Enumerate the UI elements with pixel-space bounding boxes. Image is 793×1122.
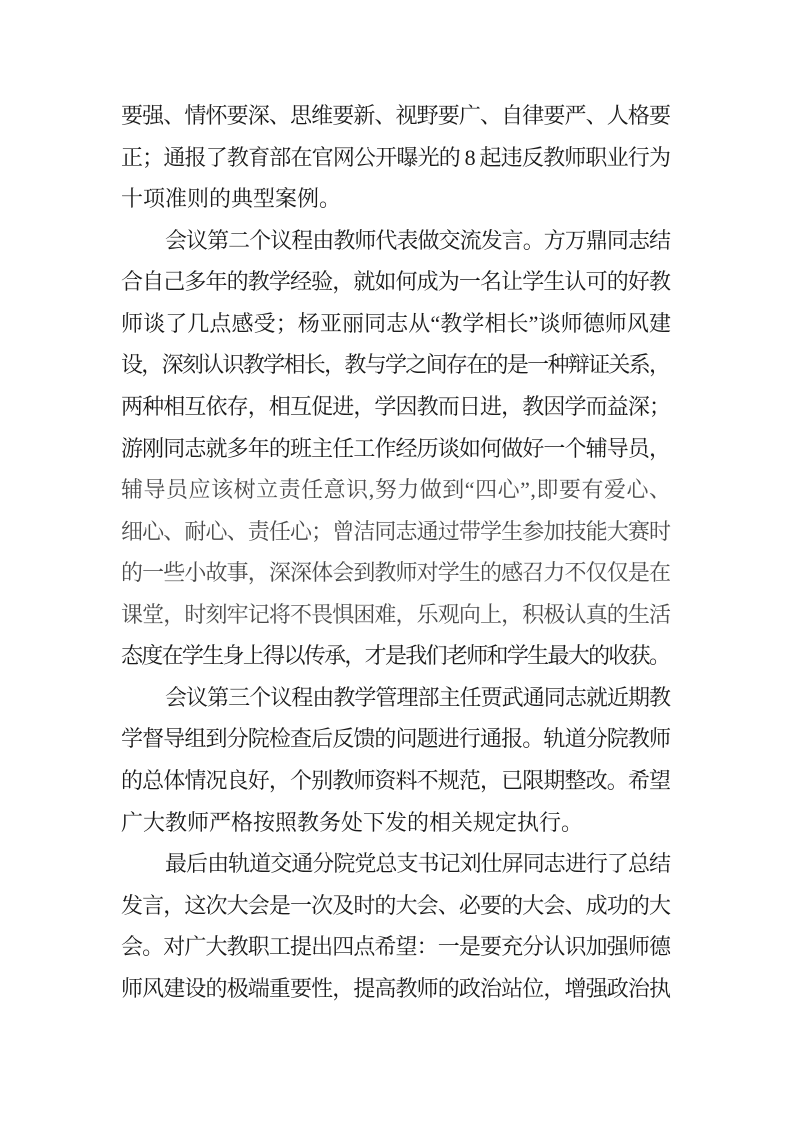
text-line-content: 发言，这次大会是一次及时的大会、必要的大会、成功的大 — [121, 885, 670, 927]
document-body: 要强、情怀要深、思维要新、视野要广、自律要严、人格要 正；通报了教育部在官网公开… — [121, 95, 671, 1009]
document-page: 要强、情怀要深、思维要新、视野要广、自律要严、人格要 正；通报了教育部在官网公开… — [0, 0, 793, 1122]
text-line-content: 会议第三个议程由教学管理部主任贾武通同志就近期教 — [165, 677, 670, 719]
text-line-content: 要强、情怀要深、思维要新、视野要广、自律要严、人格要 — [121, 95, 670, 137]
text-line: 细心、耐心、责任心；曾洁同志通过带学生参加技能大赛时 — [121, 511, 671, 553]
text-line: 师风建设的极端重要性，提高教师的政治站位，增强政治执 — [121, 968, 671, 1010]
text-line-content: 两种相互依存，相互促进，学因教而日进，教因学而益深； — [121, 386, 670, 428]
text-line-content: 态度在学生身上得以传承，才是我们老师和学生最大的收获。 — [121, 635, 669, 677]
text-line: 辅导员应该树立责任意识,努力做到“四心”,即要有爱心、 — [121, 469, 671, 511]
text-line: 最后由轨道交通分院党总支书记刘仕屏同志进行了总结 — [121, 843, 671, 885]
text-line-content: 师风建设的极端重要性，提高教师的政治站位，增强政治执 — [121, 968, 670, 1010]
text-line: 态度在学生身上得以传承，才是我们老师和学生最大的收获。 — [121, 635, 671, 677]
text-line-content: 细心、耐心、责任心；曾洁同志通过带学生参加技能大赛时 — [121, 511, 670, 553]
text-line-content: 辅导员应该树立责任意识,努力做到“四心”,即要有爱心、 — [121, 469, 672, 511]
text-line-content: 游刚同志就多年的班主任工作经历谈如何做好一个辅导员， — [121, 428, 670, 470]
text-line-content: 合自己多年的教学经验，就如何成为一名让学生认可的好教 — [121, 261, 670, 303]
text-line-content: 会议第二个议程由教师代表做交流发言。方万鼎同志结 — [165, 220, 670, 262]
text-line-content: 广大教师严格按照教务处下发的相关规定执行。 — [121, 802, 583, 844]
text-line-content: 设，深刻认识教学相长，教与学之间存在的是一种辩证关系， — [121, 344, 669, 386]
text-line: 会议第三个议程由教学管理部主任贾武通同志就近期教 — [121, 677, 671, 719]
paragraph-2: 会议第二个议程由教师代表做交流发言。方万鼎同志结 合自己多年的教学经验，就如何成… — [121, 220, 671, 677]
text-line: 两种相互依存，相互促进，学因教而日进，教因学而益深； — [121, 386, 671, 428]
text-line: 学督导组到分院检查后反馈的问题进行通报。轨道分院教师 — [121, 718, 671, 760]
text-line: 的总体情况良好，个别教师资料不规范，已限期整改。希望 — [121, 760, 671, 802]
text-line-content: 正；通报了教育部在官网公开曝光的 8 起违反教师职业行为 — [121, 137, 670, 179]
text-line-content: 师谈了几点感受；杨亚丽同志从“教学相长”谈师德师风建 — [121, 303, 671, 345]
text-line: 游刚同志就多年的班主任工作经历谈如何做好一个辅导员， — [121, 428, 671, 470]
text-line: 发言，这次大会是一次及时的大会、必要的大会、成功的大 — [121, 885, 671, 927]
text-line: 合自己多年的教学经验，就如何成为一名让学生认可的好教 — [121, 261, 671, 303]
paragraph-1: 要强、情怀要深、思维要新、视野要广、自律要严、人格要 正；通报了教育部在官网公开… — [121, 95, 671, 220]
text-line: 十项准则的典型案例。 — [121, 178, 671, 220]
text-line-content: 最后由轨道交通分院党总支书记刘仕屏同志进行了总结 — [165, 843, 670, 885]
text-line-content: 学督导组到分院检查后反馈的问题进行通报。轨道分院教师 — [121, 718, 670, 760]
text-line: 会。对广大教职工提出四点希望：一是要充分认识加强师德 — [121, 926, 671, 968]
text-line: 要强、情怀要深、思维要新、视野要广、自律要严、人格要 — [121, 95, 671, 137]
text-line: 的一些小故事，深深体会到教师对学生的感召力不仅仅是在 — [121, 552, 671, 594]
text-line-content: 会。对广大教职工提出四点希望：一是要充分认识加强师德 — [121, 926, 670, 968]
text-line: 会议第二个议程由教师代表做交流发言。方万鼎同志结 — [121, 220, 671, 262]
text-line-content: 的一些小故事，深深体会到教师对学生的感召力不仅仅是在 — [121, 552, 670, 594]
paragraph-3: 会议第三个议程由教学管理部主任贾武通同志就近期教 学督导组到分院检查后反馈的问题… — [121, 677, 671, 843]
text-line: 设，深刻认识教学相长，教与学之间存在的是一种辩证关系， — [121, 344, 671, 386]
paragraph-4: 最后由轨道交通分院党总支书记刘仕屏同志进行了总结 发言，这次大会是一次及时的大会… — [121, 843, 671, 1009]
text-line-content: 的总体情况良好，个别教师资料不规范，已限期整改。希望 — [121, 760, 670, 802]
text-line: 师谈了几点感受；杨亚丽同志从“教学相长”谈师德师风建 — [121, 303, 671, 345]
text-line: 正；通报了教育部在官网公开曝光的 8 起违反教师职业行为 — [121, 137, 671, 179]
text-line: 广大教师严格按照教务处下发的相关规定执行。 — [121, 802, 671, 844]
text-line-content: 十项准则的典型案例。 — [121, 178, 341, 220]
text-line: 课堂，时刻牢记将不畏惧困难，乐观向上，积极认真的生活 — [121, 594, 671, 636]
text-line-content: 课堂，时刻牢记将不畏惧困难，乐观向上，积极认真的生活 — [121, 594, 670, 636]
